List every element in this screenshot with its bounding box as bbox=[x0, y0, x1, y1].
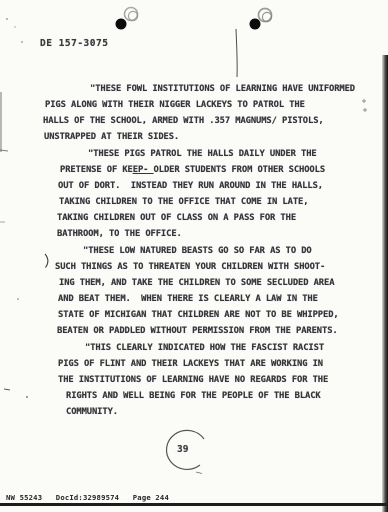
document-line: COMMUNITY. bbox=[66, 407, 118, 417]
file-number: DE 157-3075 bbox=[40, 38, 108, 49]
document-line: RIGHTS AND WELL BEING FOR THE PEOPLE OF … bbox=[66, 391, 321, 401]
document-line: "THESE PIGS PATROL THE HALLS DAILY UNDER… bbox=[88, 149, 317, 159]
document-line: "THIS CLEARLY INDICATED HOW THE FASCIST … bbox=[85, 343, 324, 353]
document-line: PRETENSE OF KEEP- OLDER STUDENTS FROM OT… bbox=[60, 165, 325, 175]
small-tick-mark bbox=[196, 472, 202, 474]
document-line: HALLS OF THE SCHOOL, ARMED WITH .357 MAG… bbox=[43, 116, 324, 126]
pencil-scribble-left-inner bbox=[128, 11, 137, 20]
pencil-scribble-right bbox=[259, 9, 272, 22]
stray-dot-1 bbox=[26, 396, 28, 398]
plus-marks bbox=[362, 99, 367, 112]
scan-edge-right bbox=[382, 55, 388, 512]
footer-rule bbox=[0, 503, 388, 506]
hole-punch-right bbox=[250, 19, 261, 30]
scanned-document-page: DE 157-3075 "THESE FOWL INSTITUTIONS OF … bbox=[0, 0, 388, 512]
line-segment: PRETENSE OF KE bbox=[60, 165, 133, 175]
pencil-scribble-right-inner bbox=[262, 12, 271, 21]
document-line: STATE OF MICHIGAN THAT CHILDREN ARE NOT … bbox=[58, 310, 339, 320]
stray-dot-3 bbox=[14, 26, 15, 27]
document-line: THE INSTITUTIONS OF LEARNING HAVE NO REG… bbox=[58, 375, 328, 385]
scan-edge-left bbox=[0, 92, 2, 152]
stray-dot-4 bbox=[21, 41, 23, 43]
pencil-scribble-left bbox=[125, 8, 138, 21]
document-line: "THESE LOW NATURED BEASTS GO SO FAR AS T… bbox=[83, 246, 312, 256]
stray-dash-bottom-left bbox=[4, 389, 10, 390]
document-line: AND BEAT THEM. WHEN THERE IS CLEARLY A L… bbox=[58, 294, 318, 304]
scan-marks-layer bbox=[0, 0, 388, 512]
stray-dot-2 bbox=[6, 18, 8, 20]
footer-text: NW 55243 DocId:32989574 Page 244 bbox=[6, 493, 169, 502]
document-line: BEATEN OR PADDLED WITHOUT PERMISSION FRO… bbox=[57, 326, 338, 336]
document-line: PIGS OF FLINT AND THEIR LACKEYS THAT ARE… bbox=[58, 359, 323, 369]
document-line: OUT OF DORT. INSTEAD THEY RUN AROUND IN … bbox=[58, 181, 323, 191]
document-line: UNSTRAPPED AT THEIR SIDES. bbox=[44, 132, 179, 142]
document-line: ING THEM, AND TAKE THE CHILDREN TO SOME … bbox=[59, 278, 334, 288]
stray-dot-5 bbox=[17, 298, 19, 300]
document-line: PIGS ALONG WITH THEIR NIGGER LACKEYS TO … bbox=[45, 100, 305, 110]
pen-stroke-mark bbox=[236, 29, 237, 77]
document-line: BATHROOM, TO THE OFFICE. bbox=[57, 229, 182, 239]
line-segment: OLDER STUDENTS FROM OTHER SCHOOLS bbox=[154, 165, 325, 175]
document-line: TAKING CHILDREN TO THE OFFICE THAT COME … bbox=[59, 197, 308, 207]
line-segment-underlined: EP- bbox=[133, 165, 154, 175]
document-line: SUCH THINGS AS TO THREATEN YOUR CHILDREN… bbox=[55, 262, 325, 272]
document-line: TAKING CHILDREN OUT OF CLASS ON A PASS F… bbox=[57, 213, 296, 223]
margin-paren-mark bbox=[45, 254, 48, 268]
hole-punch-left bbox=[116, 19, 127, 30]
document-line: "THESE FOWL INSTITUTIONS OF LEARNING HAV… bbox=[90, 84, 355, 94]
page-number: 39 bbox=[177, 444, 188, 455]
